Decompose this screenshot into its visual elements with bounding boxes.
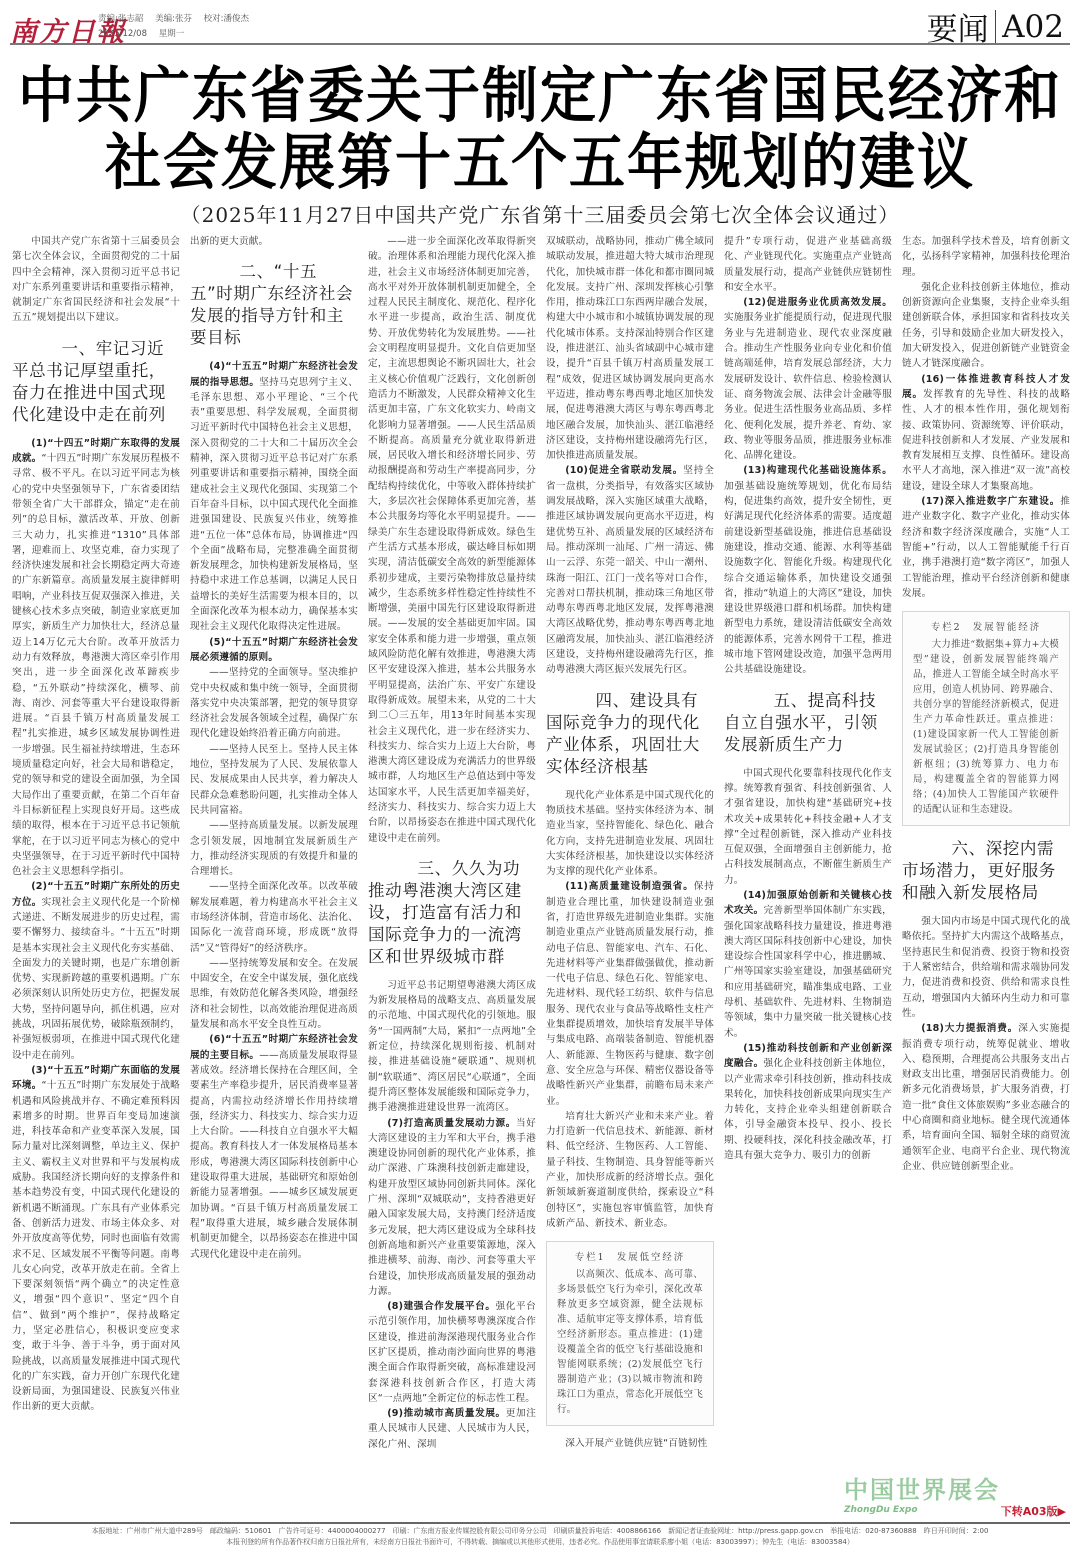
paragraph: 强化企业科技创新主体地位，推动创新资源向企业集聚，支持企业牵头组建创新联合体，承… <box>902 280 1070 372</box>
paragraph: (5)“十五五”时期广东经济社会发展必须遵循的原则。 <box>190 635 358 666</box>
headline-subtitle: （2025年11月27日中国共产党广东省第十三届委员会第七次全体会议通过） <box>0 199 1080 228</box>
masthead: 南方日報 责编:张志韶 美编:张芬 校对:潘俊杰 2025/12/08 星期一 … <box>10 8 1070 46</box>
section-heading-5: 五、提高科技自立自强水平，引领发展新质生产力 <box>724 690 892 756</box>
principle-item: ——坚持党的全面领导。坚决维护党中央权威和集中统一领导，全面贯彻落实党中央决策部… <box>190 665 358 741</box>
paragraph-lead: (13)构建现代化基础设施体系。 <box>743 465 892 476</box>
paragraph-lead: (10)促进全省联动发展。 <box>565 465 683 476</box>
paragraph: 习近平总书记期望粤港澳大湾区成为新发展格局的战略支点、高质量发展的示范地、中国式… <box>368 978 536 1116</box>
intro-paragraph: 中国共产党广东省第十三届委员会第七次全体会议，全面贯彻党的二十届四中全会精神，深… <box>12 234 180 326</box>
editorial-meta: 责编:张志韶 美编:张芬 校对:潘俊杰 2025/12/08 星期一 <box>98 12 258 42</box>
paragraph: 现代化产业体系是中国式现代化的物质技术基础。坚持实体经济为本、制造业当家，坚持智… <box>546 788 714 880</box>
box-title: 专栏1 发展低空经济 <box>557 1250 703 1265</box>
proofreader-credit: 校对:潘俊杰 <box>204 14 249 24</box>
issue-weekday: 星期一 <box>159 29 185 39</box>
page-number: A02 <box>1002 9 1064 45</box>
issue-date: 2025/12/08 <box>98 29 147 39</box>
section-heading-3: 三、久久为功推动粤港澳大湾区建设，打造富有活力和国际竞争力的一流湾区和世界级城市… <box>368 858 536 968</box>
section-divider <box>995 10 997 44</box>
article-body: 中国共产党广东省第十三届委员会第七次全体会议，全面贯彻党的二十届四中全会精神，深… <box>12 234 1070 1499</box>
continued-on-link[interactable]: 下转A03版▶ <box>1001 1503 1066 1519</box>
paragraph: (10)促进全省联动发展。坚持全省一盘棋，分类指导，有效落实区域协调发展战略，深… <box>546 463 714 677</box>
footer-imprint: 本报地址：广州市广州大道中289号 邮政编码：510601 广告许可证号：440… <box>0 1526 1080 1537</box>
paragraph-lead: (7)打造高质量发展动力源。 <box>387 1118 516 1129</box>
principle-item: ——坚持全面深化改革。以改革破解发展难题，着力构建高水平社会主义市场经济体制，营… <box>190 879 358 955</box>
paragraph-lead: (18)大力提振消费。 <box>921 1023 1018 1034</box>
box-body: 大力推进“数据集+算力+大模型”建设，创新发展智能终端产品，推进人工智能全域全时… <box>913 637 1059 817</box>
page-title: 中共广东省委关于制定广东省国民经济和 社会发展第十五个五年规划的建议 <box>0 62 1080 196</box>
paragraph: (18)大力提振消费。深入实施提振消费专项行动，统筹促就业、增收入、稳预期，合理… <box>902 1021 1070 1174</box>
paragraph: (16)一体推进教育科技人才发展。发挥教育的先导性、科技的战略性、人才的根本性作… <box>902 372 1070 494</box>
paragraph: (12)促进服务业优质高效发展。实施服务业扩能提质行动，促进现代服务业与先进制造… <box>724 295 892 463</box>
paragraph: 培育壮大新兴产业和未来产业。着力打造新一代信息技术、新能源、新材料、低空经济、生… <box>546 1109 714 1231</box>
paragraph: (4)“十五五”时期广东经济社会发展的指导思想。坚持马克思列宁主义、毛泽东思想、… <box>190 359 358 634</box>
paragraph-lead: (5)“十五五”时期广东经济社会发展必须遵循的原则。 <box>190 637 358 663</box>
principle-item: ——坚持人民至上。坚持人民主体地位，坚持发展为了人民、发展依靠人民、发展成果由人… <box>190 742 358 818</box>
footer-rule <box>10 1522 1070 1524</box>
column-5: 提升”专项行动，促进产业基础高级化、产业链现代化。实施重点产业链高质量发展行动，… <box>724 234 892 1499</box>
paragraph-lead: (8)建强合作发展平台。 <box>387 1301 495 1312</box>
paragraph: (7)打造高质量发展动力源。当好大湾区建设的主力军和大平台，携手港澳建设协同创新… <box>368 1116 536 1300</box>
paragraph-lead: (9)推动城市高质量发展。 <box>387 1408 506 1419</box>
editor-credit: 责编:张志韶 <box>98 14 143 24</box>
paragraph: (6)“十五五”时期广东经济社会发展的主要目标。——高质量发展取得显著成效。经济… <box>190 1032 358 1261</box>
paragraph: (2)“十五五”时期广东所处的历史方位。实现社会主义现代化是一个阶梯式递进、不断… <box>12 879 180 1063</box>
paragraph: 双城联动，战略协同，推动广佛全域同城联动发展，推进超大特大城市治理现代化，加快城… <box>546 234 714 463</box>
paragraph: 强大国内市场是中国式现代化的战略依托。坚持扩大内需这个战略基点，坚持惠民生和促消… <box>902 914 1070 1021</box>
paragraph: (17)深入推进数字广东建设。推进产业数字化、数字产业化，推动实体经济和数字经济… <box>902 494 1070 601</box>
paragraph: (11)高质量建设制造强省。保持制造业合理比重，加快建设制造业强省，打造世界级先… <box>546 879 714 1108</box>
paragraph: (15)推动科技创新和产业创新深度融合。强化企业科技创新主体地位，以产业需求牵引… <box>724 1041 892 1163</box>
column-1: 中国共产党广东省第十三届委员会第七次全体会议，全面贯彻党的二十届四中全会精神，深… <box>12 234 180 1499</box>
paragraph: 提升”专项行动，促进产业基础高级化、产业链现代化。实施重点产业链高质量发展行动，… <box>724 234 892 295</box>
headline-line-2: 社会发展第十五个五年规划的建议 <box>0 129 1080 196</box>
column-4: 双城联动，战略协同，推动广佛全域同城联动发展，推进超大特大城市治理现代化，加快城… <box>546 234 714 1499</box>
sidebar-box-low-altitude-economy: 专栏1 发展低空经济 以高频次、低成本、高可靠、多场景低空飞行为牵引，深化改革释… <box>546 1241 714 1426</box>
paragraph-lead: (12)促进服务业优质高效发展。 <box>743 297 892 308</box>
column-2: 出新的更大贡献。 二、“十五五”时期广东经济社会发展的指导方针和主要目标 (4)… <box>190 234 358 1499</box>
paragraph: (13)构建现代化基础设施体系。加强基础设施统筹规划，优化布局结构，促进集约高效… <box>724 463 892 677</box>
section-heading-1: 一、牢记习近平总书记厚望重托，奋力在推进中国式现代化建设中走在前列 <box>12 338 180 426</box>
designer-credit: 美编:张芬 <box>155 14 192 24</box>
page-footer: 本报地址：广州市广州大道中289号 邮政编码：510601 广告许可证号：440… <box>0 1526 1080 1548</box>
section-heading-2: 二、“十五五”时期广东经济社会发展的指导方针和主要目标 <box>190 261 358 349</box>
paragraph: 中国式现代化要靠科技现代化作支撑。统筹教育强省、科技创新强省、人才强省建设，加快… <box>724 766 892 888</box>
column-3: ——进一步全面深化改革取得新突破。治理体系和治理能力现代化深入推进，社会主义市场… <box>368 234 536 1499</box>
footer-copyright: 本报刊登的所有作品著作权归南方日报社所有，未经南方日报社书面许可，不得转载、摘编… <box>0 1537 1080 1548</box>
paragraph-lead: (17)深入推进数字广东建设。 <box>921 496 1060 507</box>
principle-item: ——坚持统筹发展和安全。在发展中固安全，在安全中谋发展，强化底线思维，有效防范化… <box>190 956 358 1032</box>
section-heading-6: 六、深挖内需市场潜力，更好服务和融入新发展格局 <box>902 838 1070 904</box>
paragraph: (14)加强原始创新和关键核心技术攻关。完善新型举国体制广东实践，强化国家战略科… <box>724 888 892 1041</box>
sidebar-box-intelligent-economy: 专栏2 发展智能经济 大力推进“数据集+算力+大模型”建设，创新发展智能终端产品… <box>902 611 1070 826</box>
paragraph: ——进一步全面深化改革取得新突破。治理体系和治理能力现代化深入推进，社会主义市场… <box>368 234 536 846</box>
paragraph: (1)“十四五”时期广东取得的发展成就。“十四五”时期广东发展历程极不寻常、极不… <box>12 436 180 880</box>
box-title: 专栏2 发展智能经济 <box>913 620 1059 635</box>
paragraph: 生态。加强科学技术普及，培育创新文化，弘扬科学家精神，加强科技伦理治理。 <box>902 234 1070 280</box>
paragraph: (8)建强合作发展平台。强化平台示范引领作用，加快横琴粤澳深度合作区建设，推进前… <box>368 1299 536 1406</box>
paragraph: 深入开展产业链供应链“百链韧性 <box>546 1436 714 1451</box>
column-6: 生态。加强科学技术普及，培育创新文化，弘扬科学家精神，加强科技伦理治理。 强化企… <box>902 234 1070 1499</box>
header-rule <box>10 43 1070 45</box>
paragraph: (3)“十五五”时期广东面临的发展环境。“十五五”时期广东发展处于战略机遇和风险… <box>12 1063 180 1415</box>
section-heading-4: 四、建设具有国际竞争力的现代化产业体系，巩固壮大实体经济根基 <box>546 690 714 778</box>
headline-line-1: 中共广东省委关于制定广东省国民经济和 <box>0 62 1080 129</box>
paragraph-lead: (11)高质量建设制造强省。 <box>565 881 694 892</box>
continued-text: 出新的更大贡献。 <box>190 234 358 249</box>
box-body: 以高频次、低成本、高可靠、多场景低空飞行为牵引，深化改革释放更多空域资源，健全法… <box>557 1267 703 1417</box>
paragraph: (9)推动城市高质量发展。更加注重人民城市人民建、人民城市为人民，深化广州、深圳 <box>368 1406 536 1452</box>
principle-item: ——坚持高质量发展。以新发展理念引领发展，因地制宜发展新质生产力，推动经济实现质… <box>190 818 358 879</box>
watermark-logo: 中国世界展会 ZhongDu Expo <box>844 1470 1000 1515</box>
